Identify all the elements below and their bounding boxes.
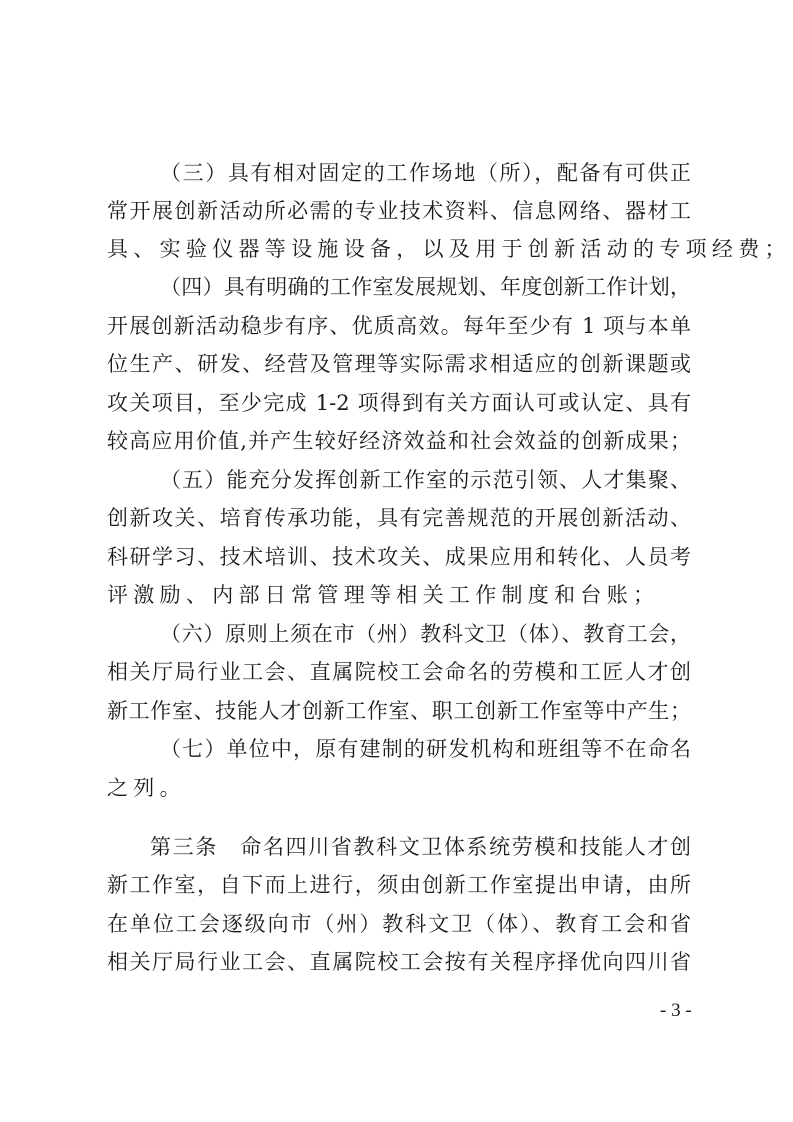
paragraph-item-3-line-2: 常开展创新活动所必需的专业技术资料、信息网络、器材工 — [107, 196, 691, 226]
paragraph-article-3-line-1: 第三条 命名四川省教科文卫体系统劳模和技能人才创 — [150, 832, 691, 862]
paragraph-article-3-line-3: 在单位工会逐级向市（州）教科文卫（体）、教育工会和省 — [107, 909, 691, 939]
paragraph-article-3-line-4: 相关厅局行业工会、直属院校工会按有关程序择优向四川省 — [107, 947, 691, 977]
paragraph-item-5-line-3: 科研学习、技术培训、技术攻关、成果应用和转化、人员考 — [107, 542, 691, 572]
paragraph-item-3-line-3: 具、实验仪器等设施设备，以及用于创新活动的专项经费； — [107, 234, 691, 264]
paragraph-item-7-line-1: （七）单位中，原有建制的研发机构和班组等不在命名 — [160, 734, 691, 764]
paragraph-item-4-line-1: （四）具有明确的工作室发展规划、年度创新工作计划， — [160, 272, 691, 302]
paragraph-item-4-line-2: 开展创新活动稳步有序、优质高效。每年至少有 1 项与本单 — [107, 311, 691, 341]
paragraph-item-6-line-3: 新工作室、技能人才创新工作室、职工创新工作室等中产生； — [107, 696, 691, 726]
paragraph-item-5-line-4: 评激励、内部日常管理等相关工作制度和台账； — [107, 580, 691, 610]
paragraph-item-5-line-2: 创新攻关、培育传承功能，具有完善规范的开展创新活动、 — [107, 503, 691, 533]
paragraph-article-3-line-2: 新工作室，自下而上进行，须由创新工作室提出申请，由所 — [107, 870, 691, 900]
document-page: （三）具有相对固定的工作场地（所），配备有可供正 常开展创新活动所必需的专业技术… — [0, 0, 793, 1122]
paragraph-item-4-line-5: 较高应用价值,并产生较好经济效益和社会效益的创新成果； — [107, 426, 691, 456]
paragraph-item-7-line-2: 之列。 — [107, 773, 691, 803]
page-number: - 3 - — [660, 998, 692, 1024]
paragraph-item-6-line-2: 相关厅局行业工会、直属院校工会命名的劳模和工匠人才创 — [107, 657, 691, 687]
paragraph-item-3-line-1: （三）具有相对固定的工作场地（所），配备有可供正 — [160, 158, 691, 188]
paragraph-item-5-line-1: （五）能充分发挥创新工作室的示范引领、人才集聚、 — [160, 465, 691, 495]
paragraph-item-6-line-1: （六）原则上须在市（州）教科文卫（体）、教育工会， — [160, 619, 691, 649]
paragraph-item-4-line-4: 攻关项目，至少完成 1-2 项得到有关方面认可或认定、具有 — [107, 388, 691, 418]
paragraph-item-4-line-3: 位生产、研发、经营及管理等实际需求相适应的创新课题或 — [107, 349, 691, 379]
